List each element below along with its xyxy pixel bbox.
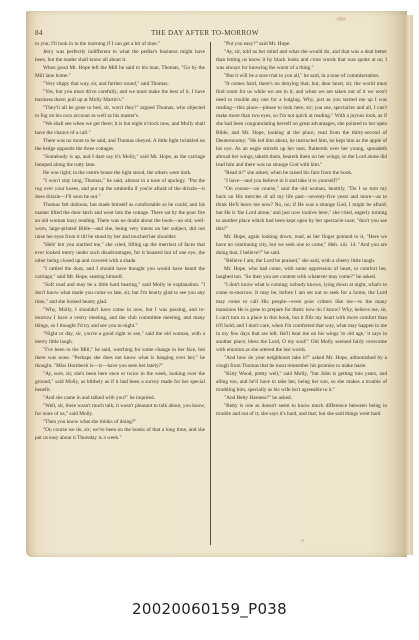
paragraph: Mr. Hope, again looking down, read, as h…	[216, 233, 387, 257]
paragraph: "Kitty Wood, pretty well," said Molly, "…	[216, 370, 387, 394]
paragraph: "But it will be a sore trial to you all,…	[216, 72, 387, 80]
paragraph: "Night or day, sir, you're a good sight …	[35, 330, 205, 346]
paragraph: "They'll all be gone to bed, sir, won't …	[35, 104, 205, 120]
paragraph: "Betty is one as doesn't seem to know mu…	[216, 402, 387, 418]
page-edge	[405, 15, 413, 555]
paragraph: "I have—and you believe in it and take i…	[216, 177, 387, 185]
paragraph: "Why, Molly, I shouldn't have come in no…	[35, 306, 205, 330]
paragraph: "Well, sir, there wasn't much talk; it w…	[35, 402, 205, 418]
paragraph: There was no more to be said, and Thomas…	[35, 137, 205, 153]
paragraph: "Ou course we do, sir; we've been on the…	[35, 426, 205, 442]
paragraph: "We shall see when we get there; it is b…	[35, 120, 205, 136]
paragraph: "I've been to the Mill," he said, watchi…	[35, 346, 205, 370]
paragraph: Jerry was perfectly indifferent to what …	[35, 48, 205, 64]
paragraph: "Ay, sure, sir, she's been here once or …	[35, 370, 205, 394]
paragraph: to you; I'll look in in the morning if I…	[35, 40, 205, 48]
paragraph: "It comes hard, there's no denying that;…	[216, 80, 387, 169]
paragraph: "I don't know what is coming; nobody kno…	[216, 281, 387, 353]
paragraph: "Soft road and may be a little hard hear…	[35, 281, 205, 305]
paragraph: "I won't stay long, Thomas," he said, al…	[35, 177, 205, 201]
paragraph: "And she came in and talked with you?" h…	[35, 394, 205, 402]
paragraph: "Somebody is up, and I dare say it's Mol…	[35, 153, 205, 169]
foxing-stain	[301, 539, 304, 542]
paragraph: "Then you know what she thinks of doing?…	[35, 418, 205, 426]
paragraph: "I rattled the door, and I should have t…	[35, 265, 205, 281]
paragraph: "Believe I am, the Lord be praised," she…	[216, 257, 387, 265]
paragraph: "And how do your neighbours take it?" as…	[216, 354, 387, 370]
left-text-column: to you; I'll look in in the morning if I…	[35, 40, 205, 442]
paragraph: "Ay, sir, told us her mind and what she …	[216, 48, 387, 72]
paragraph: "Yes, but you must drive carefully, and …	[35, 88, 205, 104]
paragraph: "On course—on course," said the old woma…	[216, 185, 387, 233]
paragraph: When good Mr. Hope left the Mill he said…	[35, 64, 205, 80]
paragraph: Thomas felt dubious, but made himself as…	[35, 201, 205, 241]
paragraph: "Read it?" she asked, when he raised his…	[216, 169, 387, 177]
paragraph: Mr. Hope, who had come, with some oppres…	[216, 265, 387, 281]
paragraph: "Put you easy?" said Mr. Hope.	[216, 40, 387, 48]
running-head-title: THE DAY AFTER TO-MORROW	[35, 29, 375, 37]
column-divider	[210, 42, 211, 545]
paragraph: "And Betty Harness?" he asked.	[216, 394, 387, 402]
right-text-column: "Put you easy?" said Mr. Hope."Ay, sir, …	[216, 40, 387, 418]
image-caption: 20020060159_P038	[0, 600, 419, 618]
paragraph: He was right; in the centre house the li…	[35, 169, 205, 177]
paragraph: "Very slippy that way, sir, and further …	[35, 80, 205, 88]
paragraph: "Heh! but you startled me," she cried, l…	[35, 241, 205, 265]
foxing-stain	[336, 17, 346, 21]
